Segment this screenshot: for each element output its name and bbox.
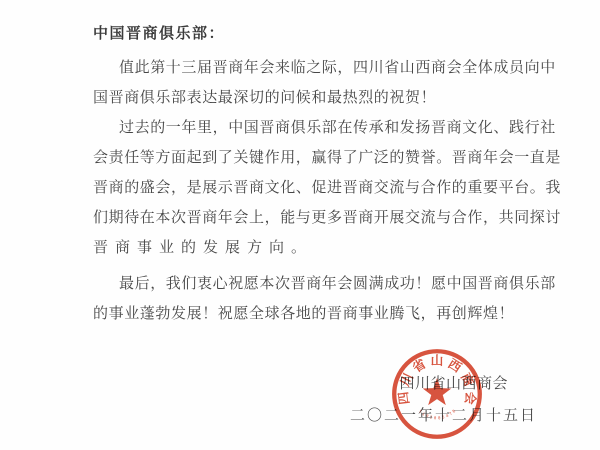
- paragraph: 最后，我们衷心祝愿本次晋商年会圆满成功！愿中国晋商俱乐部的事业蓬勃发展！祝愿全球…: [93, 268, 540, 328]
- letter-line: 会责任等方面起到了关键作用，赢得了广泛的赞誉。晋商年会一直是: [93, 142, 540, 172]
- seal-star-icon: [423, 378, 452, 405]
- salutation: 中国晋商俱乐部：: [93, 18, 540, 48]
- letter-line: 晋商事业的发展方向。: [93, 232, 540, 262]
- letter-line: 晋商的盛会，是展示晋商文化、促进晋商交流与合作的重要平台。我: [93, 172, 540, 202]
- paragraph: 过去的一年里，中国晋商俱乐部在传承和发扬晋商文化、践行社会责任等方面起到了关键作…: [93, 112, 540, 262]
- letter-line: 最后，我们衷心祝愿本次晋商年会圆满成功！愿中国晋商俱乐部: [93, 268, 540, 298]
- paragraph: 值此第十三届晋商年会来临之际，四川省山西商会全体成员向中国晋商俱乐部表达最深切的…: [93, 52, 540, 112]
- letter-line: 国晋商俱乐部表达最深切的问候和最热烈的祝贺！: [93, 82, 540, 112]
- letter-line: 过去的一年里，中国晋商俱乐部在传承和发扬晋商文化、践行社: [93, 112, 540, 142]
- letter-line: 们期待在本次晋商年会上，能与更多晋商开展交流与合作，共同探讨: [93, 202, 540, 232]
- svg-text:5101005478: 5101005478: [418, 408, 457, 420]
- letter-line: 值此第十三届晋商年会来临之际，四川省山西商会全体成员向中: [93, 52, 540, 82]
- official-seal-stamp-icon: 四川省山西商会 5101005478: [390, 347, 484, 441]
- letter-paragraphs: 值此第十三届晋商年会来临之际，四川省山西商会全体成员向中国晋商俱乐部表达最深切的…: [93, 52, 540, 328]
- seal-code: 5101005478: [418, 408, 457, 420]
- letter-page: 中国晋商俱乐部： 值此第十三届晋商年会来临之际，四川省山西商会全体成员向中国晋商…: [0, 0, 600, 450]
- letter-body: 中国晋商俱乐部： 值此第十三届晋商年会来临之际，四川省山西商会全体成员向中国晋商…: [93, 18, 540, 328]
- letter-line: 的事业蓬勃发展！祝愿全球各地的晋商事业腾飞，再创辉煌！: [93, 298, 540, 328]
